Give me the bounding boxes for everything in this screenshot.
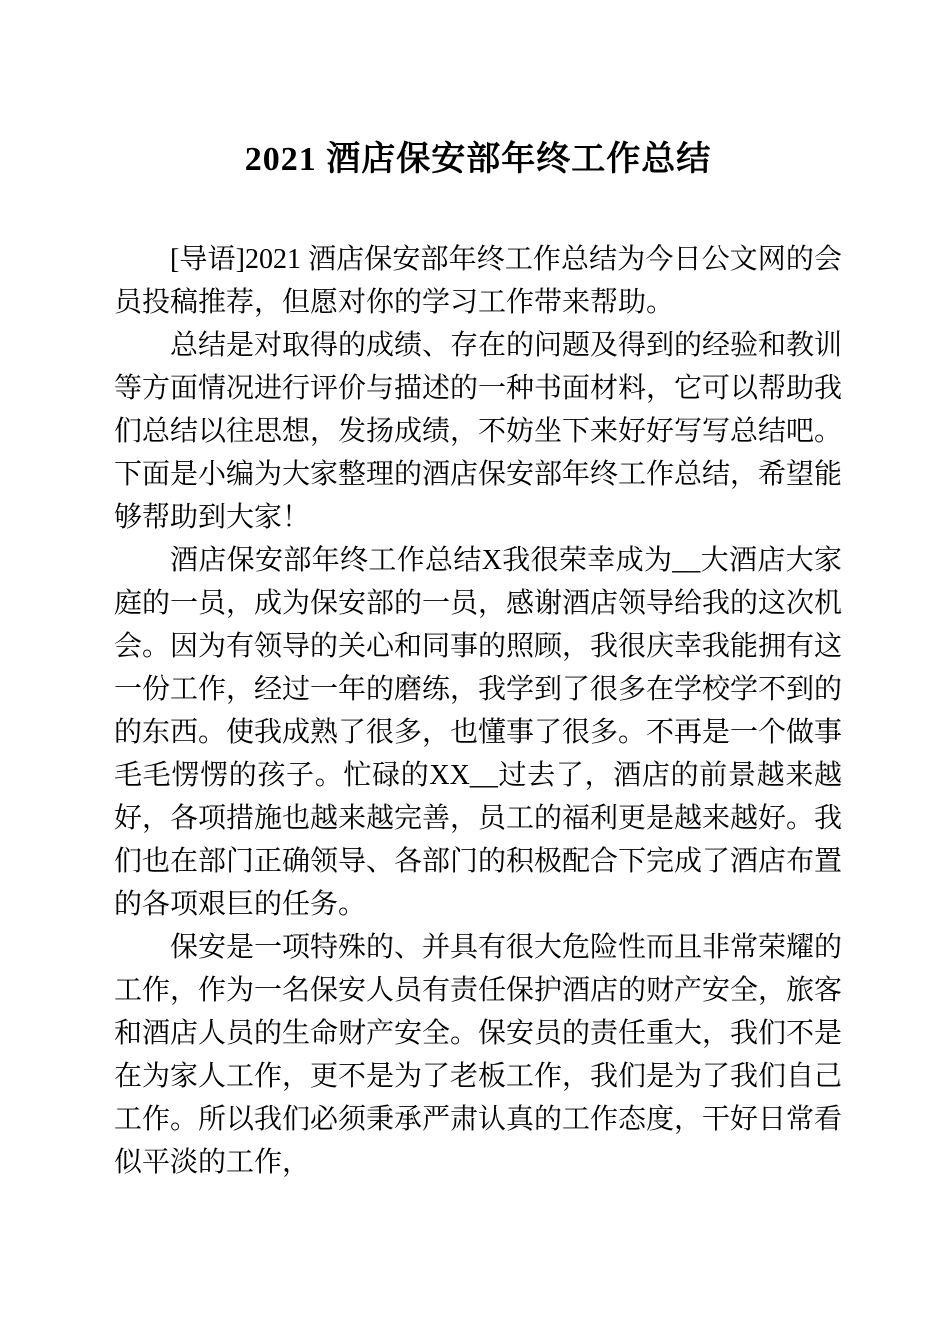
document-content: 2021 酒店保安部年终工作总结 [导语]2021 酒店保安部年终工作总结为今日… bbox=[114, 140, 842, 1184]
document-body: [导语]2021 酒店保安部年终工作总结为今日公文网的会员投稿推荐，但愿对你的学… bbox=[114, 238, 842, 1184]
document-page: 2021 酒店保安部年终工作总结 [导语]2021 酒店保安部年终工作总结为今日… bbox=[0, 0, 950, 1344]
paragraph-intro: [导语]2021 酒店保安部年终工作总结为今日公文网的会员投稿推荐，但愿对你的学… bbox=[114, 238, 842, 324]
paragraph-body-2: 保安是一项特殊的、并具有很大危险性而且非常荣耀的工作，作为一名保安人员有责任保护… bbox=[114, 926, 842, 1184]
document-title: 2021 酒店保安部年终工作总结 bbox=[114, 140, 842, 180]
paragraph-body-1: 酒店保安部年终工作总结X我很荣幸成为__大酒店大家庭的一员，成为保安部的一员，感… bbox=[114, 539, 842, 926]
paragraph-summary-definition: 总结是对取得的成绩、存在的问题及得到的经验和教训等方面情况进行评价与描述的一种书… bbox=[114, 324, 842, 539]
